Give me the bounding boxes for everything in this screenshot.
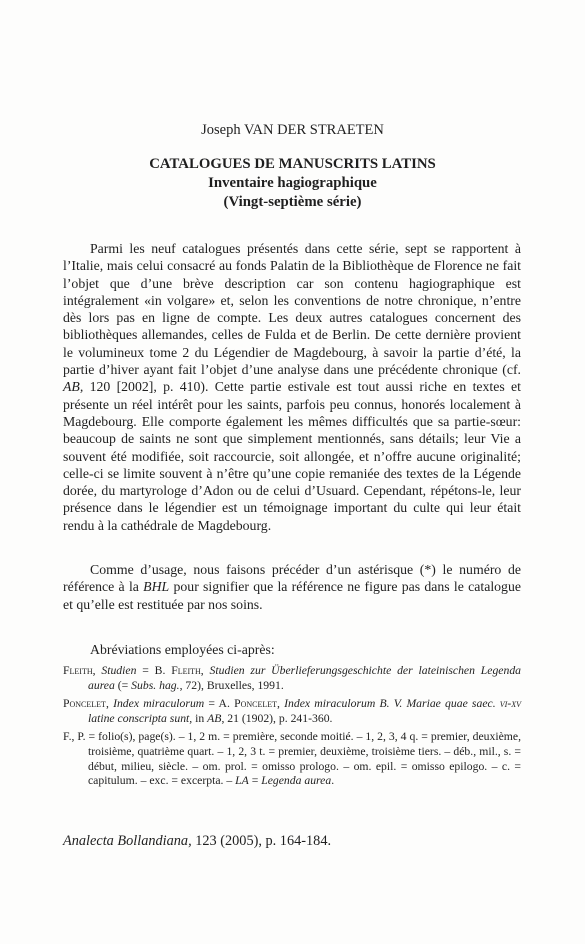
article-series-line: (Vingt-septième série): [0, 193, 585, 212]
abbreviations-list: Fleith, Studien = B. Fleith, Studien zur…: [63, 664, 521, 793]
abbreviation-entry-poncelet: Poncelet, Index miraculorum = A. Poncele…: [63, 697, 521, 726]
abbreviation-entry-fleith: Fleith, Studien = B. Fleith, Studien zur…: [63, 664, 521, 693]
article-title-block: CATALOGUES DE MANUSCRITS LATINS Inventai…: [0, 155, 585, 211]
article-title: CATALOGUES DE MANUSCRITS LATINS: [0, 155, 585, 174]
journal-article-page: Joseph VAN DER STRAETEN CATALOGUES DE MA…: [0, 0, 585, 944]
abbreviations-heading: Abréviations employées ci-après:: [63, 641, 521, 658]
paragraph-asterisk-note: Comme d’usage, nous faisons précéder d’u…: [63, 561, 521, 613]
author-name: Joseph VAN DER STRAETEN: [0, 122, 585, 139]
paragraph-introduction: Parmi les neuf catalogues présentés dans…: [63, 240, 521, 534]
journal-citation: Analecta Bollandiana, 123 (2005), p. 164…: [63, 832, 521, 850]
article-subtitle: Inventaire hagiographique: [0, 174, 585, 193]
abbreviation-entry-sigla: F., P. = folio(s), page(s). – 1, 2 m. = …: [63, 730, 521, 788]
